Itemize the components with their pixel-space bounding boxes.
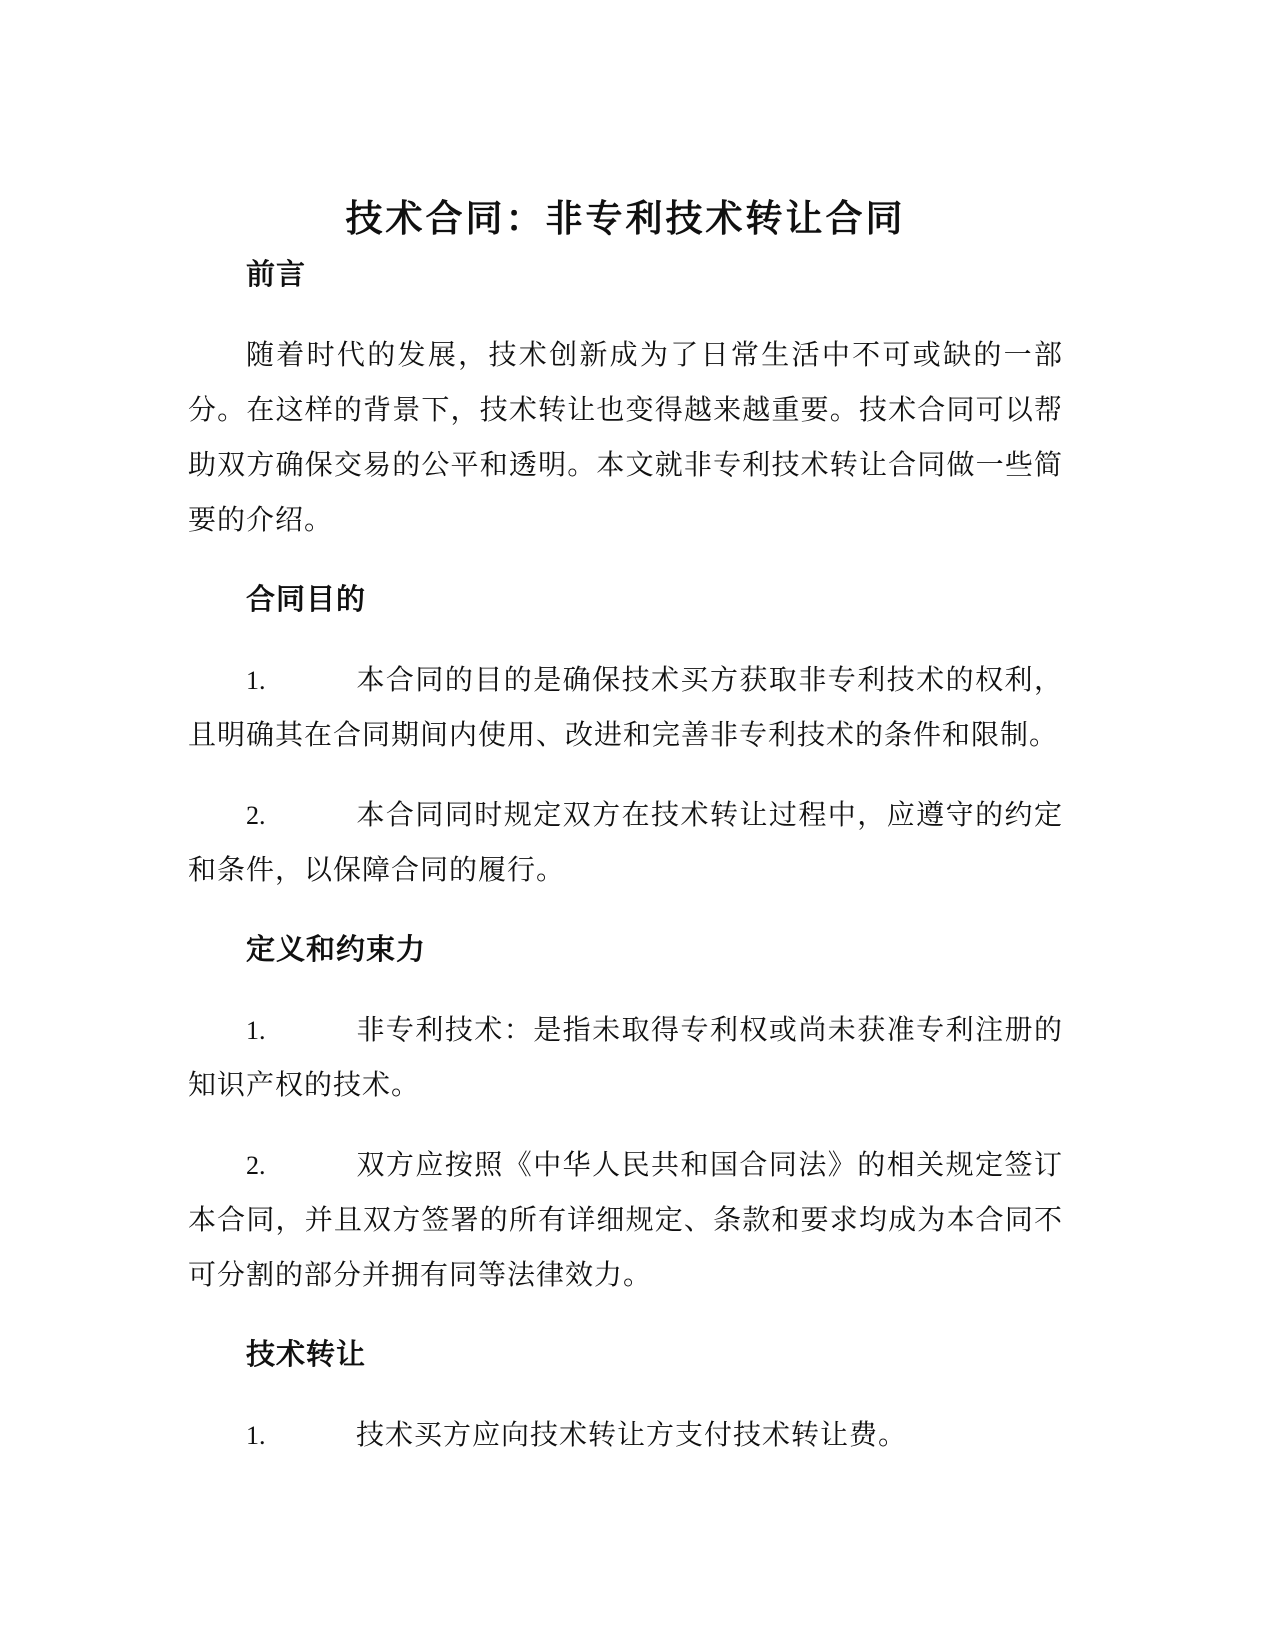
item-number: 1. [246, 1003, 356, 1058]
document-title: 技术合同：非专利技术转让合同 [188, 192, 1063, 247]
section-heading-technology-transfer: 技术转让 [188, 1328, 1063, 1383]
numbered-item: 1.非专利技术：是指未取得专利权或尚未获准专利注册的知识产权的技术。 [188, 1003, 1063, 1113]
section-heading-preface: 前言 [188, 248, 1063, 303]
numbered-item: 2.双方应按照《中华人民共和国合同法》的相关规定签订本合同，并且双方签署的所有详… [188, 1138, 1063, 1303]
item-text: 技术买方应向技术转让方支付技术转让费。 [356, 1420, 907, 1451]
numbered-item: 2.本合同同时规定双方在技术转让过程中，应遵守的约定和条件，以保障合同的履行。 [188, 788, 1063, 898]
item-number: 1. [246, 653, 356, 708]
section-heading-definitions: 定义和约束力 [188, 923, 1063, 978]
paragraph-preface: 随着时代的发展，技术创新成为了日常生活中不可或缺的一部分。在这样的背景下，技术转… [188, 328, 1063, 548]
item-number: 2. [246, 1138, 356, 1193]
item-number: 1. [246, 1408, 356, 1463]
numbered-item: 1.本合同的目的是确保技术买方获取非专利技术的权利，且明确其在合同期间内使用、改… [188, 653, 1063, 763]
numbered-item: 1.技术买方应向技术转让方支付技术转让费。 [188, 1408, 1063, 1463]
section-heading-contract-purpose: 合同目的 [188, 573, 1063, 628]
document-page: 技术合同：非专利技术转让合同 前言 随着时代的发展，技术创新成为了日常生活中不可… [0, 0, 1275, 1650]
item-number: 2. [246, 788, 356, 843]
